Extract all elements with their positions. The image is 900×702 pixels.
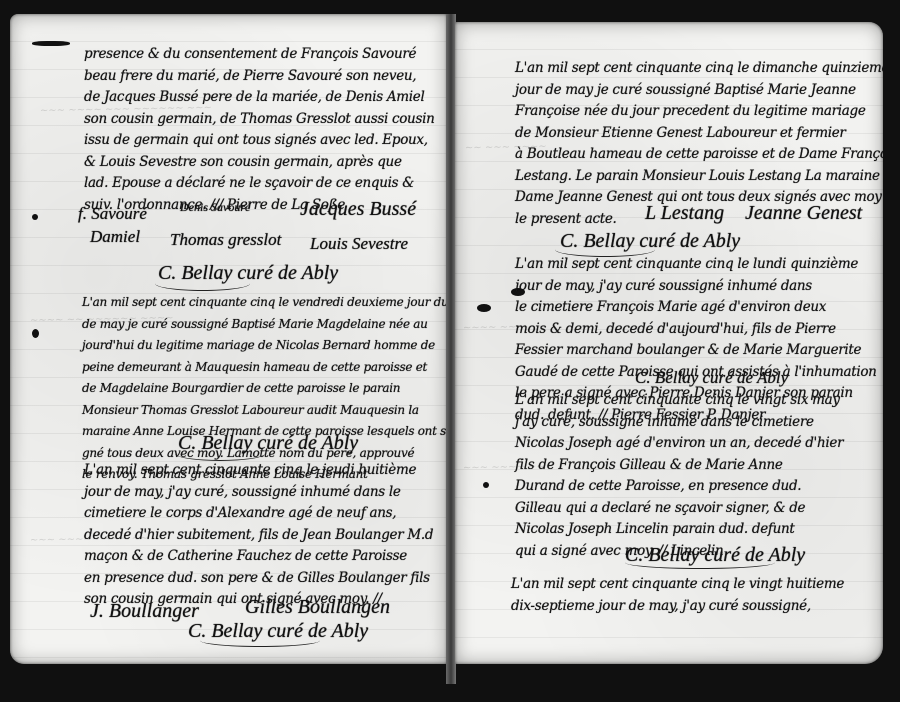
text-line: en presence dud. son pere & de Gilles Bo…: [84, 568, 433, 590]
text-line: fils de François Gilleau & de Marie Anne: [515, 455, 843, 477]
text-line: de Magdelaine Bourgardier de cette paroi…: [82, 378, 447, 400]
signature: L Lestang: [645, 202, 724, 225]
text-line: lad. Epouse a déclaré ne le sçavoir de c…: [84, 173, 434, 195]
ink-blot: [483, 482, 489, 488]
text-line: peine demeurant à Mauquesin hameau de ce…: [82, 357, 447, 379]
signature-flourish: [625, 556, 775, 569]
text-line: L'an mil sept cent cinquante cinq le dim…: [515, 58, 883, 80]
text-line: Monsieur Thomas Gresslot Laboureur audit…: [82, 400, 447, 422]
text-line: issu de germain qui ont tous signés avec…: [84, 130, 434, 152]
text-line: Françoise née du jour precedent du legit…: [515, 101, 883, 123]
signature: Denis Savouré: [180, 200, 250, 215]
text-line: maçon & de Catherine Fauchez de cette Pa…: [84, 546, 433, 568]
text-line: j'ay curé, soussigné inhumé dans le cime…: [515, 412, 843, 434]
text-line: & Louis Sevestre son cousin germain, apr…: [84, 152, 434, 174]
text-line: de Monsieur Etienne Genest Laboureur et …: [515, 123, 883, 145]
left-page: ~~~ ~~~~ ~~~ ~~~~~~ ~~~ ~~~~ ~~ ~~~~~~ ~…: [10, 14, 447, 664]
text-line: son cousin germain, de Thomas Gresslot a…: [84, 109, 434, 131]
ink-blot: [32, 214, 38, 220]
signature: Jacques Bussé: [300, 198, 416, 221]
text-line: le cimetiere François Marie agé d'enviro…: [515, 297, 877, 319]
signature-flourish: [200, 634, 320, 647]
entry-1-continuation: presence & du consentement de François S…: [84, 44, 434, 216]
right-page: ~~ ~~~ ~~~~ ~~~~ ~~ ~~~ ~~~ ~~~~ ~~ L'an…: [455, 22, 883, 664]
text-line: L'an mil sept cent cinquante cinq le lun…: [515, 254, 877, 276]
text-line: dix-septieme jour de may, j'ay curé sous…: [511, 596, 844, 618]
cure-signature: C. Bellay curé de Ably: [635, 368, 788, 388]
text-line: de Jacques Bussé pere de la mariée, de D…: [84, 87, 434, 109]
signature: f. Savouré: [78, 204, 147, 224]
entry-3-burial: L'an mil sept cent cinquante cinq le vin…: [515, 390, 843, 562]
signature: Jeanne Genest: [745, 202, 862, 225]
text-line: Durand de cette Paroisse, en presence du…: [515, 476, 843, 498]
text-line: à Boutleau hameau de cette paroisse et d…: [515, 144, 883, 166]
text-line: L'an mil sept cent cinquante cinq le jeu…: [84, 460, 433, 482]
text-line: L'an mil sept cent cinquante cinq le vin…: [515, 390, 843, 412]
text-line: jour de may, j'ay curé, soussigné inhumé…: [84, 482, 433, 504]
ink-blot: [477, 304, 491, 312]
entry-2-baptism: L'an mil sept cent cinquante cinq le ven…: [82, 292, 447, 486]
ink-mark: [32, 41, 70, 46]
text-line: mois & demi, decedé d'aujourd'hui, fils …: [515, 319, 877, 341]
text-line: de may je curé soussigné Baptisé Marie M…: [82, 314, 447, 336]
text-line: L'an mil sept cent cinquante cinq le vin…: [511, 574, 844, 596]
text-line: Nicolas Joseph agé d'environ un an, dece…: [515, 433, 843, 455]
signature: Louis Sevestre: [310, 234, 408, 254]
text-line: Lestang. Le parain Monsieur Louis Lestan…: [515, 166, 883, 188]
signature: Damiel: [90, 227, 140, 247]
text-line: Gilleau qui a declaré ne sçavoir signer,…: [515, 498, 843, 520]
text-line: cimetiere le corps d'Alexandre agé de ne…: [84, 503, 433, 525]
text-line: Nicolas Joseph Lincelin parain dud. defu…: [515, 519, 843, 541]
ink-blot: [32, 329, 39, 338]
signature-flourish: [175, 446, 265, 461]
text-line: jour de may, j'ay curé soussigné inhumé …: [515, 276, 877, 298]
text-line: Fessier marchand boulanger & de Marie Ma…: [515, 340, 877, 362]
text-line: L'an mil sept cent cinquante cinq le ven…: [82, 292, 447, 314]
entry-3-burial: L'an mil sept cent cinquante cinq le jeu…: [84, 460, 433, 611]
entry-4-burial: L'an mil sept cent cinquante cinq le vin…: [511, 574, 844, 617]
signature: Thomas gresslot: [170, 230, 281, 250]
text-line: beau frere du marié, de Pierre Savouré s…: [84, 66, 434, 88]
text-line: presence & du consentement de François S…: [84, 44, 434, 66]
signature: J. Boullanger: [90, 600, 199, 623]
signature-flourish: [155, 276, 250, 291]
text-line: jourd'hui du legitime mariage de Nicolas…: [82, 335, 447, 357]
signature: Gilles Boullangen: [245, 596, 390, 619]
text-line: decedé d'hier subitement, fils de Jean B…: [84, 525, 433, 547]
text-line: jour de may je curé soussigné Baptisé Ma…: [515, 80, 883, 102]
